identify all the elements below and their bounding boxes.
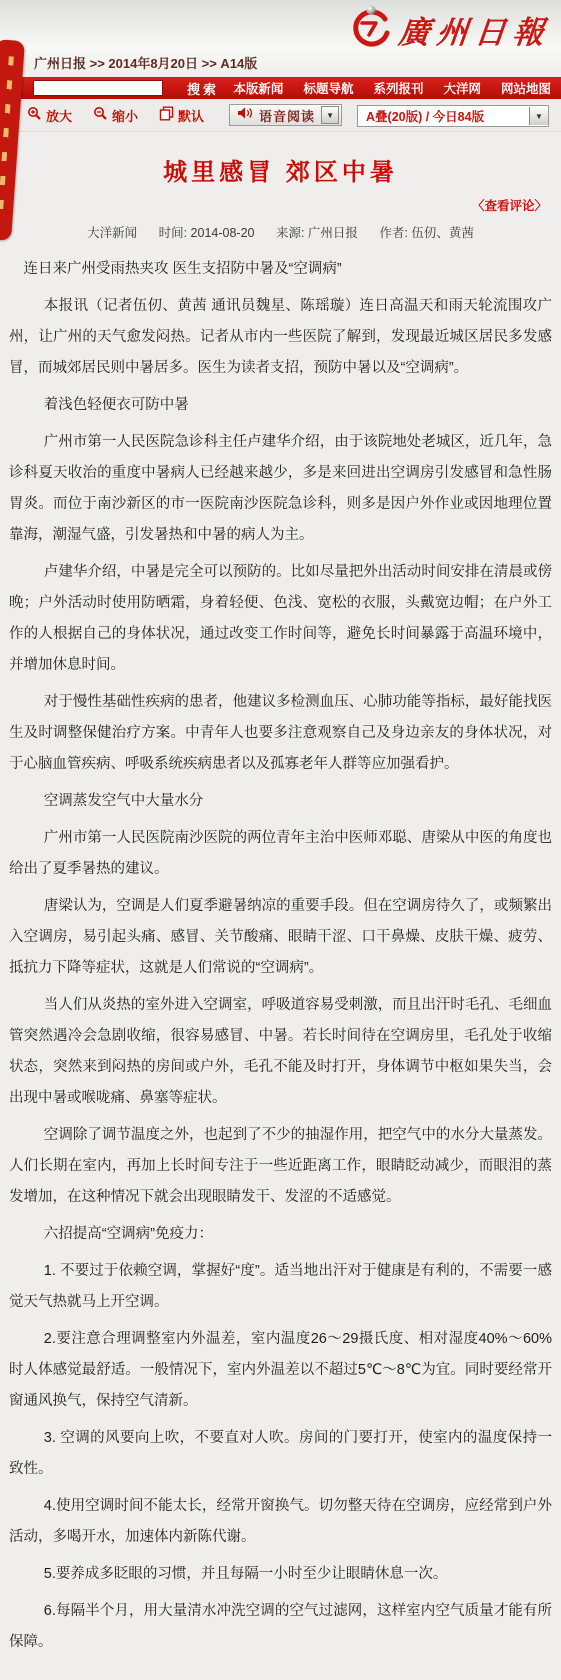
article-paragraph-subhead: 六招提高“空调病”免疫力：	[9, 1219, 552, 1250]
header: 廣州日報 广州日报 >> 2014年8月20日 >> A14版	[0, 0, 561, 77]
meta-author: 作者: 伍仞、黄茜	[379, 226, 473, 240]
default-view-button[interactable]: 默认	[159, 106, 204, 125]
article-paragraph-body: 唐梁认为，空调是人们夏季避暑纳凉的重要手段。但在空调房待久了，或频繁出入空调房，…	[9, 891, 552, 984]
breadcrumb: 广州日报 >> 2014年8月20日 >> A14版	[34, 53, 257, 72]
article-paragraph-body: 4.使用空调时间不能太长，经常开窗换气。切勿整天待在空调房，应经常到户外活动，多…	[9, 1491, 552, 1553]
logo-emblem-icon	[345, 3, 395, 56]
meta-source: 来源: 广州日报	[276, 226, 358, 240]
copy-page-icon	[159, 106, 174, 124]
article-paragraph-body: 5.要养成多眨眼的习惯，并且每隔一小时至少让眼睛休息一次。	[9, 1559, 552, 1590]
article-title: 城里感冒 郊区中暑	[0, 152, 561, 187]
edition-label: A叠(20版) / 今日84版	[358, 107, 529, 125]
meta-time: 时间: 2014-08-20	[159, 226, 255, 240]
article-paragraph-body: 空调除了调节温度之外，也起到了不少的抽湿作用，把空气中的水分大量蒸发。人们长期在…	[9, 1120, 552, 1213]
navbar-links: 本版新闻标题导航系列报刊大洋网网站地图	[233, 79, 551, 97]
voice-dropdown-button[interactable]: ▼	[321, 106, 339, 124]
logo-text: 廣州日報	[397, 7, 554, 52]
article-paragraph-body: 1. 不要过于依赖空调，掌握好“度”。适当地出汗对于健康是有利的，不需要一感觉天…	[9, 1256, 552, 1318]
article-paragraph-body: 卢建华介绍，中暑是完全可以预防的。比如尽量把外出活动时间安排在清晨或傍晚；户外活…	[9, 557, 552, 681]
article-paragraph-body: 2.要注意合理调整室内外温差，室内温度26～29摄氏度、相对湿度40%～60%时…	[9, 1324, 552, 1417]
nav-link[interactable]: 网站地图	[501, 79, 551, 97]
article-body: 连日来广州受雨热夹攻 医生支招防中暑及“空调病”本报讯（记者伍仞、黄茜 通讯员魏…	[0, 254, 561, 1658]
zoom-out-label: 缩小	[112, 106, 138, 125]
article-meta: 大洋新闻 时间: 2014-08-20 来源: 广州日报 作者: 伍仞、黄茜	[0, 223, 561, 241]
nav-link[interactable]: 本版新闻	[233, 79, 283, 97]
newspaper-logo: 廣州日報	[345, 3, 551, 56]
article-paragraph-subhead: 空调蒸发空气中大量水分	[9, 786, 552, 817]
voice-reading-control[interactable]: 语音阅读 ▼	[229, 104, 342, 126]
article-paragraph-lead: 连日来广州受雨热夹攻 医生支招防中暑及“空调病”	[9, 254, 552, 285]
nav-link[interactable]: 大洋网	[443, 79, 481, 97]
edition-dropdown-button[interactable]: ▼	[529, 107, 548, 125]
navbar: 搜索 本版新闻标题导航系列报刊大洋网网站地图	[18, 77, 561, 99]
article-paragraph-body: 本报讯（记者伍仞、黄茜 通讯员魏星、陈瑶璇）连日高温天和雨天轮流围攻广州，让广州…	[9, 291, 552, 384]
magnifier-plus-icon	[27, 106, 42, 124]
default-view-label: 默认	[178, 106, 204, 125]
magnifier-minus-icon	[93, 106, 108, 124]
article-paragraph-body: 当人们从炎热的室外进入空调室，呼吸道容易受刺激，而且出汗时毛孔、毛细血管突然遇冷…	[9, 990, 552, 1114]
article-paragraph-body: 对于慢性基础性疾病的患者，他建议多检测血压、心肺功能等指标，最好能找医生及时调整…	[9, 687, 552, 780]
view-comments-link[interactable]: 〈查看评论〉	[0, 196, 561, 214]
toolbar: 放大 缩小 默认	[0, 99, 561, 132]
article-paragraph-body: 3. 空调的风要向上吹，不要直对人吹。房间的门要打开，使室内的温度保持一致性。	[9, 1423, 552, 1485]
nav-link[interactable]: 系列报刊	[373, 79, 423, 97]
search-input[interactable]	[33, 80, 163, 96]
article-paragraph-body: 6.每隔半个月，用大量清水冲洗空调的空气过滤网，这样室内空气质量才能有所保障。	[9, 1596, 552, 1658]
article-paragraph-subhead: 着浅色轻便衣可防中暑	[9, 390, 552, 421]
article: 城里感冒 郊区中暑 〈查看评论〉 大洋新闻 时间: 2014-08-20 来源:…	[0, 132, 561, 1658]
article-paragraph-body: 广州市第一人民医院急诊科主任卢建华介绍，由于该院地处老城区，近几年，急诊科夏天收…	[9, 427, 552, 551]
page: 廣州日報 广州日报 >> 2014年8月20日 >> A14版 搜索 本版新闻标…	[0, 0, 561, 1680]
nav-link[interactable]: 标题导航	[303, 79, 353, 97]
zoom-out-button[interactable]: 缩小	[93, 106, 138, 125]
zoom-in-button[interactable]: 放大	[27, 106, 72, 125]
voice-reading-label: 语音阅读	[259, 106, 315, 125]
speaker-icon	[237, 106, 253, 125]
meta-site: 大洋新闻	[87, 226, 137, 240]
zoom-in-label: 放大	[46, 106, 72, 125]
search-button[interactable]: 搜索	[187, 79, 219, 98]
article-paragraph-body: 广州市第一人民医院南沙医院的两位青年主治中医师邓聪、唐梁从中医的角度也给出了夏季…	[9, 823, 552, 885]
edition-select[interactable]: A叠(20版) / 今日84版 ▼	[357, 105, 549, 127]
